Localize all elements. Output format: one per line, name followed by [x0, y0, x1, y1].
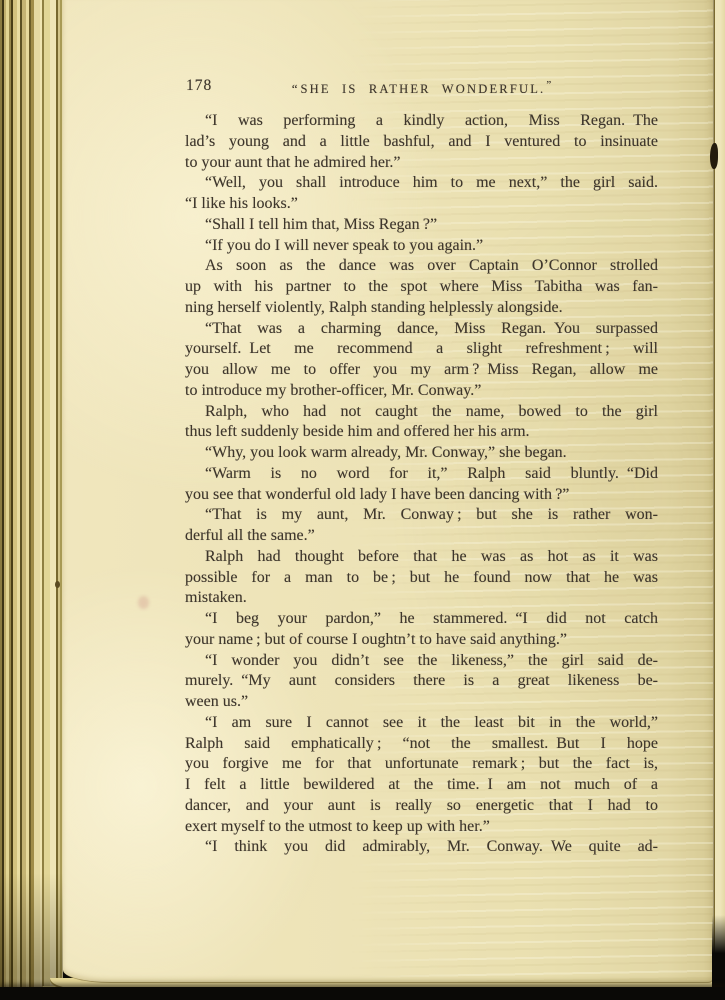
text-line: mistaken.	[185, 588, 658, 609]
text-line: Ralph said emphatically ; “not the small…	[185, 734, 658, 755]
text-line: to introduce my brother-officer, Mr. Con…	[185, 381, 658, 402]
text-line: dancer, and your aunt is really so energ…	[185, 796, 658, 817]
paragraph: “I wonder you didn’t see the likeness,” …	[185, 651, 658, 713]
text-line: possible for a man to be ; but he found …	[185, 568, 658, 589]
paragraph: “Well, you shall introduce him to me nex…	[185, 173, 658, 215]
text-line: “Well, you shall introduce him to me nex…	[185, 173, 658, 194]
text-line: “I beg your pardon,” he stammered. “I di…	[185, 609, 658, 630]
close-quote: ”	[546, 79, 551, 91]
paragraph: “Warm is no word for it,” Ralph said blu…	[185, 464, 658, 506]
paragraph: “If you do I will never speak to you aga…	[185, 236, 658, 257]
text-line: “Warm is no word for it,” Ralph said blu…	[185, 464, 658, 485]
text-line: you see that wonderful old lady I have b…	[185, 485, 658, 506]
text-line: you forgive me for that unfortunate rema…	[185, 754, 658, 775]
text-line: “I am sure I cannot see it the least bit…	[185, 713, 658, 734]
text-line: “I wonder you didn’t see the likeness,” …	[185, 651, 658, 672]
text-line: to your aunt that he admired her.”	[185, 153, 658, 174]
book-scan: { "header": { "folio": "178", "quote_ope…	[0, 0, 725, 1000]
text-line: lad’s young and a little bashful, and I …	[185, 132, 658, 153]
paragraph: “That was a charming dance, Miss Regan. …	[185, 319, 658, 402]
paragraph: “I beg your pardon,” he stammered. “I di…	[185, 609, 658, 651]
paragraph: “That is my aunt, Mr. Conway ; but she i…	[185, 505, 658, 547]
text-line: Ralph, who had not caught the name, bowe…	[185, 402, 658, 423]
paragraph: Ralph had thought before that he was as …	[185, 547, 658, 609]
text-line: murely. “My aunt considers there is a gr…	[185, 671, 658, 692]
text-line: As soon as the dance was over Captain O’…	[185, 256, 658, 277]
text-line: yourself. Let me recommend a slight refr…	[185, 339, 658, 360]
text-line: “I like his looks.”	[185, 194, 658, 215]
paragraph: “I am sure I cannot see it the least bit…	[185, 713, 658, 838]
running-head: “SHE IS RATHER WONDERFUL.”	[185, 79, 658, 97]
text-line: “That was a charming dance, Miss Regan. …	[185, 319, 658, 340]
running-head-text: SHE IS RATHER WONDERFUL.	[301, 82, 546, 96]
text-line: derful all the same.”	[185, 526, 658, 547]
text-line: “If you do I will never speak to you aga…	[185, 236, 658, 257]
text-line: “I think you did admirably, Mr. Conway. …	[185, 837, 658, 858]
text-line: your name ; but of course I oughtn’t to …	[185, 630, 658, 651]
text-line: exert myself to the utmost to keep up wi…	[185, 817, 658, 838]
text-line: you allow me to offer you my arm ? Miss …	[185, 360, 658, 381]
paragraph: “I was performing a kindly action, Miss …	[185, 111, 658, 173]
text-line: ween us.”	[185, 692, 658, 713]
text-line: Ralph had thought before that he was as …	[185, 547, 658, 568]
paragraph: “I think you did admirably, Mr. Conway. …	[185, 837, 658, 858]
open-quote: “	[292, 81, 298, 96]
text-line: ning herself violently, Ralph standing h…	[185, 298, 658, 319]
text-line: I felt a little bewildered at the time. …	[185, 775, 658, 796]
paragraph: Ralph, who had not caught the name, bowe…	[185, 402, 658, 444]
text-line: “That is my aunt, Mr. Conway ; but she i…	[185, 505, 658, 526]
text-line: thus left suddenly beside him and offere…	[185, 422, 658, 443]
paragraph: As soon as the dance was over Captain O’…	[185, 256, 658, 318]
printed-content: 178 “SHE IS RATHER WONDERFUL.” “I was pe…	[0, 0, 725, 1000]
text-line: “Shall I tell him that, Miss Regan ?”	[185, 215, 658, 236]
paragraph: “Why, you look warm already, Mr. Conway,…	[185, 443, 658, 464]
text-line: “I was performing a kindly action, Miss …	[185, 111, 658, 132]
text-line: “Why, you look warm already, Mr. Conway,…	[185, 443, 658, 464]
text-line: up with his partner to the spot where Mi…	[185, 277, 658, 298]
body-text: “I was performing a kindly action, Miss …	[185, 111, 658, 858]
paragraph: “Shall I tell him that, Miss Regan ?”	[185, 215, 658, 236]
